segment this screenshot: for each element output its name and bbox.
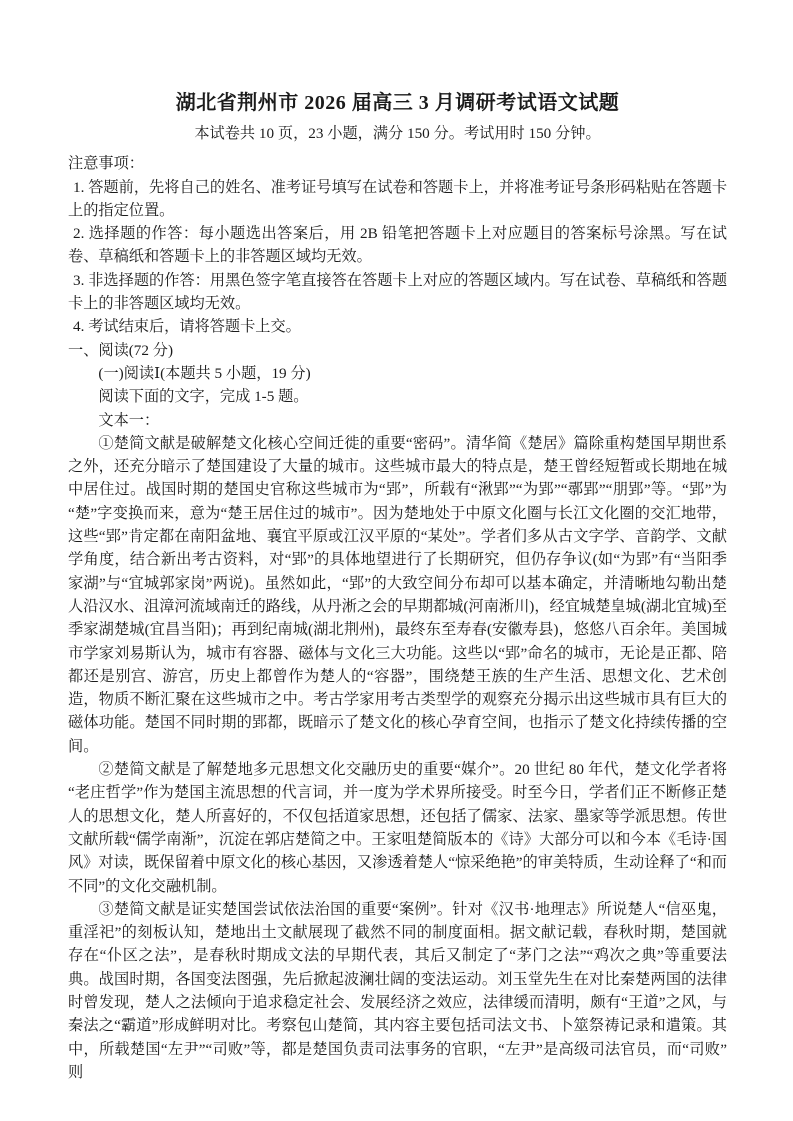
exam-title: 湖北省荆州市 2026 届高三 3 月调研考试语文试题 — [68, 90, 727, 116]
body-paragraph-2: ②楚简文献是了解楚地多元思想文化交融历史的重要“媒介”。20 世纪 80 年代，… — [68, 758, 727, 898]
notice-item-3: 3. 非选择题的作答：用黑色签字笔直接答在答题卡上对应的答题区域内。写在试卷、草… — [68, 269, 727, 316]
body-paragraph-3: ③楚简文献是证实楚国尝试依法治国的重要“案例”。针对《汉书·地理志》所说楚人“信… — [68, 898, 727, 1084]
notice-item-2: 2. 选择题的作答：每小题选出答案后，用 2B 铅笔把答题卡上对应题目的答案标号… — [68, 222, 727, 269]
reading-instruction: 阅读下面的文字，完成 1-5 题。 — [68, 385, 727, 408]
subsection-heading: (一)阅读Ⅰ(本题共 5 小题，19 分) — [68, 362, 727, 385]
exam-subtitle: 本试卷共 10 页，23 小题，满分 150 分。考试用时 150 分钟。 — [68, 122, 727, 145]
text-one-label: 文本一： — [68, 409, 727, 432]
section-heading: 一、阅读(72 分) — [68, 339, 727, 362]
notice-item-1: 1. 答题前，先将自己的姓名、准考证号填写在试卷和答题卡上，并将准考证号条形码粘… — [68, 176, 727, 223]
exam-paper-page: 湖北省荆州市 2026 届高三 3 月调研考试语文试题 本试卷共 10 页，23… — [0, 0, 793, 1121]
notice-heading: 注意事项： — [68, 152, 727, 175]
notice-item-4: 4. 考试结束后，请将答题卡上交。 — [68, 315, 727, 338]
body-paragraph-1: ①楚简文献是破解楚文化核心空间迁徙的重要“密码”。清华简《楚居》篇除重构楚国早期… — [68, 432, 727, 758]
